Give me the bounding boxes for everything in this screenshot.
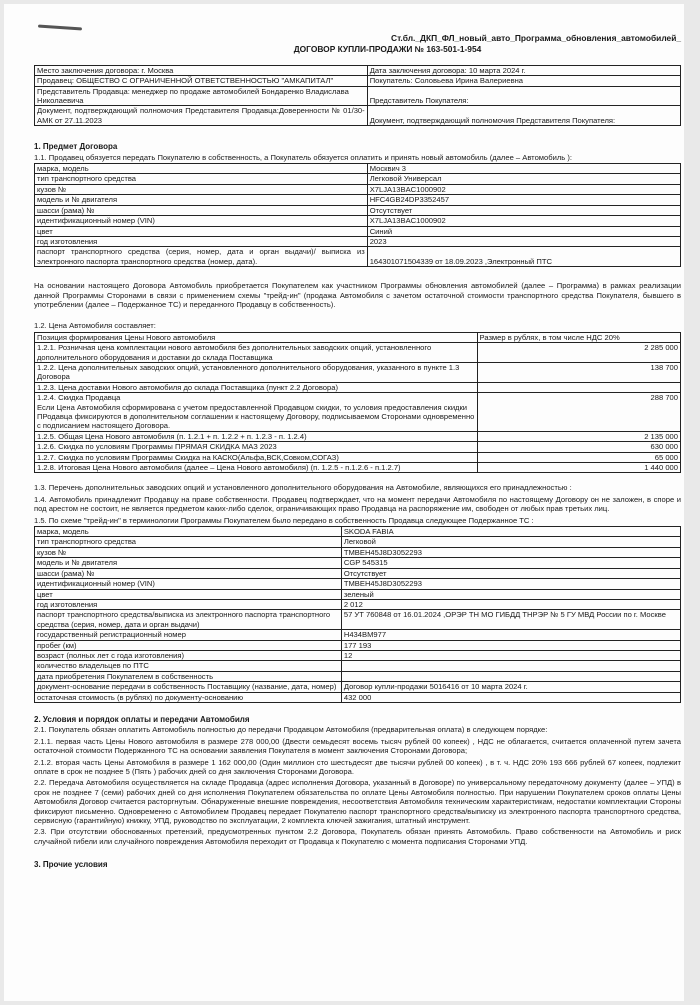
- row-value: Отсутствует: [341, 568, 680, 578]
- price-header-position: Позиция формирования Цены Нового автомоб…: [35, 332, 478, 342]
- table-row: модель и № двигателяCGP 545315: [35, 558, 681, 568]
- table-row: 1.2.1. Розничная цена комплектации новог…: [35, 343, 681, 363]
- clause-2-2: 2.2. Передача Автомобиля осуществляется …: [34, 778, 681, 825]
- table-row: 1.2.2. Цена дополнительных заводских опц…: [35, 362, 681, 382]
- document-title: ДОГОВОР КУПЛИ-ПРОДАЖИ № 163-501-1-954: [34, 45, 681, 54]
- section-2-title: 2. Условия и порядок оплаты и передачи А…: [34, 715, 681, 724]
- row-label: модель и № двигателя: [35, 195, 368, 205]
- row-label: паспорт транспортного средства (серия, н…: [35, 247, 368, 267]
- buyer-rep-document: Документ, подтверждающий полномочия Пред…: [367, 106, 680, 126]
- row-label: тип транспортного средства: [35, 537, 342, 547]
- table-row: паспорт транспортного средства (серия, н…: [35, 247, 681, 267]
- row-value: 630 000: [477, 442, 681, 452]
- row-value: 57 УТ 760848 от 16.01.2024 ,ОРЭР ТН МО Г…: [341, 610, 680, 630]
- row-value: 2023: [367, 236, 680, 246]
- row-label: 1.2.7. Скидка по условиям Программы Скид…: [35, 452, 478, 462]
- row-value: TMBEH45J8D3052293: [341, 579, 680, 589]
- buyer-representative: Представитель Покупателя:: [367, 86, 680, 106]
- clause-1-1: 1.1. Продавец обязуется передать Покупат…: [34, 153, 681, 162]
- table-row: возраст (полных лет с года изготовления)…: [35, 650, 681, 660]
- row-label: цвет: [35, 226, 368, 236]
- row-value: X7LJA13BAC1000902: [367, 184, 680, 194]
- row-value: 65 000: [477, 452, 681, 462]
- row-value: Н434ВМ977: [341, 630, 680, 640]
- row-value: 2 135 000: [477, 431, 681, 441]
- table-row: год изготовления2 012: [35, 599, 681, 609]
- row-label: 1.2.1. Розничная цена комплектации новог…: [35, 343, 478, 363]
- row-label: марка, модель: [35, 527, 342, 537]
- table-row: 1.2.6. Скидка по условиям Программы ПРЯМ…: [35, 442, 681, 452]
- row-value: X7LJA13BAC1000902: [367, 216, 680, 226]
- row-label: цвет: [35, 589, 342, 599]
- row-value: 164301071504339 от 18.09.2023 ,Электронн…: [367, 247, 680, 267]
- row-value: 288 700: [477, 393, 681, 432]
- row-label: 1.2.8. Итоговая Цена Нового автомобиля (…: [35, 463, 478, 473]
- row-value: [477, 382, 681, 392]
- table-row: дата приобретения Покупателем в собствен…: [35, 671, 681, 681]
- row-value: Легковой Универсал: [367, 174, 680, 184]
- row-value: зеленый: [341, 589, 680, 599]
- row-label: идентификационный номер (VIN): [35, 579, 342, 589]
- clause-1-3: 1.3. Перечень дополнительных заводских о…: [34, 483, 681, 492]
- table-row: 1.2.8. Итоговая Цена Нового автомобиля (…: [35, 463, 681, 473]
- row-value: 2 285 000: [477, 343, 681, 363]
- table-row: 1.2.7. Скидка по условиям Программы Скид…: [35, 452, 681, 462]
- buyer: Покупатель: Соловьева Ирина Валериевна: [367, 76, 680, 86]
- row-value: 2 012: [341, 599, 680, 609]
- row-label: год изготовления: [35, 599, 342, 609]
- section-1-title: 1. Предмет Договора: [34, 142, 681, 151]
- row-label: 1.2.5. Общая Цена Нового автомобиля (п. …: [35, 431, 478, 441]
- clause-2-1-2: 2.1.2. вторая часть Цены Автомобиля в ра…: [34, 758, 681, 777]
- table-row: 1.2.3. Цена доставки Нового автомобиля д…: [35, 382, 681, 392]
- row-label: количество владельцев по ПТС: [35, 661, 342, 671]
- row-label: 1.2.6. Скидка по условиям Программы ПРЯМ…: [35, 442, 478, 452]
- row-value: Москвич 3: [367, 164, 680, 174]
- row-label: пробег (км): [35, 640, 342, 650]
- row-value: Легковой: [341, 537, 680, 547]
- clause-1-5: 1.5. По схеме "трейд-ин" в терминологии …: [34, 516, 681, 525]
- row-label: шасси (рама) №: [35, 568, 342, 578]
- row-label: кузов №: [35, 547, 342, 557]
- row-value: SKODA FABIA: [341, 527, 680, 537]
- table-row: документ-основание передачи в собственно…: [35, 682, 681, 692]
- table-row: модель и № двигателяHFC4GB24DP3352457: [35, 195, 681, 205]
- price-table: Позиция формирования Цены Нового автомоб…: [34, 332, 681, 474]
- row-label: паспорт транспортного средства/выписка и…: [35, 610, 342, 630]
- section-3-title: 3. Прочие условия: [34, 860, 681, 869]
- table-row: остаточная стоимость (в рублях) по докум…: [35, 692, 681, 702]
- row-label: 1.2.3. Цена доставки Нового автомобиля д…: [35, 382, 478, 392]
- clause-2-1: 2.1. Покупатель обязан оплатить Автомоби…: [34, 725, 681, 734]
- row-label: остаточная стоимость (в рублях) по докум…: [35, 692, 342, 702]
- row-value: 138 700: [477, 362, 681, 382]
- table-row: государственный регистрационный номерН43…: [35, 630, 681, 640]
- table-row: кузов №X7LJA13BAC1000902: [35, 184, 681, 194]
- row-label: возраст (полных лет с года изготовления): [35, 650, 342, 660]
- table-row: год изготовления2023: [35, 236, 681, 246]
- row-value: Договор купли-продажи 5016416 от 10 март…: [341, 682, 680, 692]
- table-row: тип транспортного средстваЛегковой Униве…: [35, 174, 681, 184]
- row-label: идентификационный номер (VIN): [35, 216, 368, 226]
- table-row: пробег (км)177 193: [35, 640, 681, 650]
- row-label: кузов №: [35, 184, 368, 194]
- row-label: модель и № двигателя: [35, 558, 342, 568]
- document-page: Ст.бл._ДКП_ФЛ_новый_авто_Программа_обнов…: [4, 4, 684, 1001]
- row-value: HFC4GB24DP3352457: [367, 195, 680, 205]
- table-row: марка, модельSKODA FABIA: [35, 527, 681, 537]
- form-code: Ст.бл._ДКП_ФЛ_новый_авто_Программа_обнов…: [34, 34, 681, 43]
- program-paragraph: На основании настоящего Договора Автомоб…: [34, 281, 681, 309]
- table-row: паспорт транспортного средства/выписка и…: [35, 610, 681, 630]
- row-label: шасси (рама) №: [35, 205, 368, 215]
- row-label: тип транспортного средства: [35, 174, 368, 184]
- contract-date: Дата заключения договора: 10 марта 2024 …: [367, 65, 680, 75]
- row-value: TMBEH45J8D3052293: [341, 547, 680, 557]
- row-value: CGP 545315: [341, 558, 680, 568]
- clause-2-1-1: 2.1.1. первая часть Цены Нового автомоби…: [34, 737, 681, 756]
- price-header-amount: Размер в рублях, в том числе НДС 20%: [477, 332, 681, 342]
- table-row: идентификационный номер (VIN)X7LJA13BAC1…: [35, 216, 681, 226]
- row-value: 432 000: [341, 692, 680, 702]
- used-car-table: марка, модельSKODA FABIAтип транспортног…: [34, 526, 681, 703]
- table-row: количество владельцев по ПТС: [35, 661, 681, 671]
- row-label: государственный регистрационный номер: [35, 630, 342, 640]
- table-row: шасси (рама) №Отсутствует: [35, 568, 681, 578]
- parties-table: Место заключения договора: г. Москва Дат…: [34, 65, 681, 126]
- table-row: 1.2.5. Общая Цена Нового автомобиля (п. …: [35, 431, 681, 441]
- table-row: цветзеленый: [35, 589, 681, 599]
- table-row: идентификационный номер (VIN)TMBEH45J8D3…: [35, 579, 681, 589]
- row-label: 1.2.4. Скидка Продавца Если Цена Автомоб…: [35, 393, 478, 432]
- row-label: год изготовления: [35, 236, 368, 246]
- row-value: Синий: [367, 226, 680, 236]
- table-row: кузов №TMBEH45J8D3052293: [35, 547, 681, 557]
- row-label: документ-основание передачи в собственно…: [35, 682, 342, 692]
- table-row: марка, модельМосквич 3: [35, 164, 681, 174]
- seller: Продавец: ОБЩЕСТВО С ОГРАНИЧЕННОЙ ОТВЕТС…: [35, 76, 368, 86]
- clause-2-3: 2.3. При отсутствии обоснованных претенз…: [34, 827, 681, 846]
- row-value: Отсутствует: [367, 205, 680, 215]
- row-value: [341, 671, 680, 681]
- new-car-table: марка, модельМосквич 3тип транспортного …: [34, 163, 681, 267]
- row-value: 12: [341, 650, 680, 660]
- seller-representative: Представитель Продавца: менеджер по прод…: [35, 86, 368, 106]
- row-label: 1.2.2. Цена дополнительных заводских опц…: [35, 362, 478, 382]
- table-row: 1.2.4. Скидка Продавца Если Цена Автомоб…: [35, 393, 681, 432]
- row-value: [341, 661, 680, 671]
- scan-mark: [38, 24, 82, 30]
- seller-rep-document: Документ, подтверждающий полномочия Пред…: [35, 106, 368, 126]
- row-value: 177 193: [341, 640, 680, 650]
- document-content: Ст.бл._ДКП_ФЛ_новый_авто_Программа_обнов…: [34, 34, 681, 870]
- clause-1-2: 1.2. Цена Автомобиля составляет:: [34, 321, 681, 330]
- clause-1-4: 1.4. Автомобиль принадлежит Продавцу на …: [34, 495, 681, 514]
- table-row: цветСиний: [35, 226, 681, 236]
- table-row: шасси (рама) №Отсутствует: [35, 205, 681, 215]
- table-row: тип транспортного средстваЛегковой: [35, 537, 681, 547]
- contract-place: Место заключения договора: г. Москва: [35, 65, 368, 75]
- row-label: марка, модель: [35, 164, 368, 174]
- row-value: 1 440 000: [477, 463, 681, 473]
- row-label: дата приобретения Покупателем в собствен…: [35, 671, 342, 681]
